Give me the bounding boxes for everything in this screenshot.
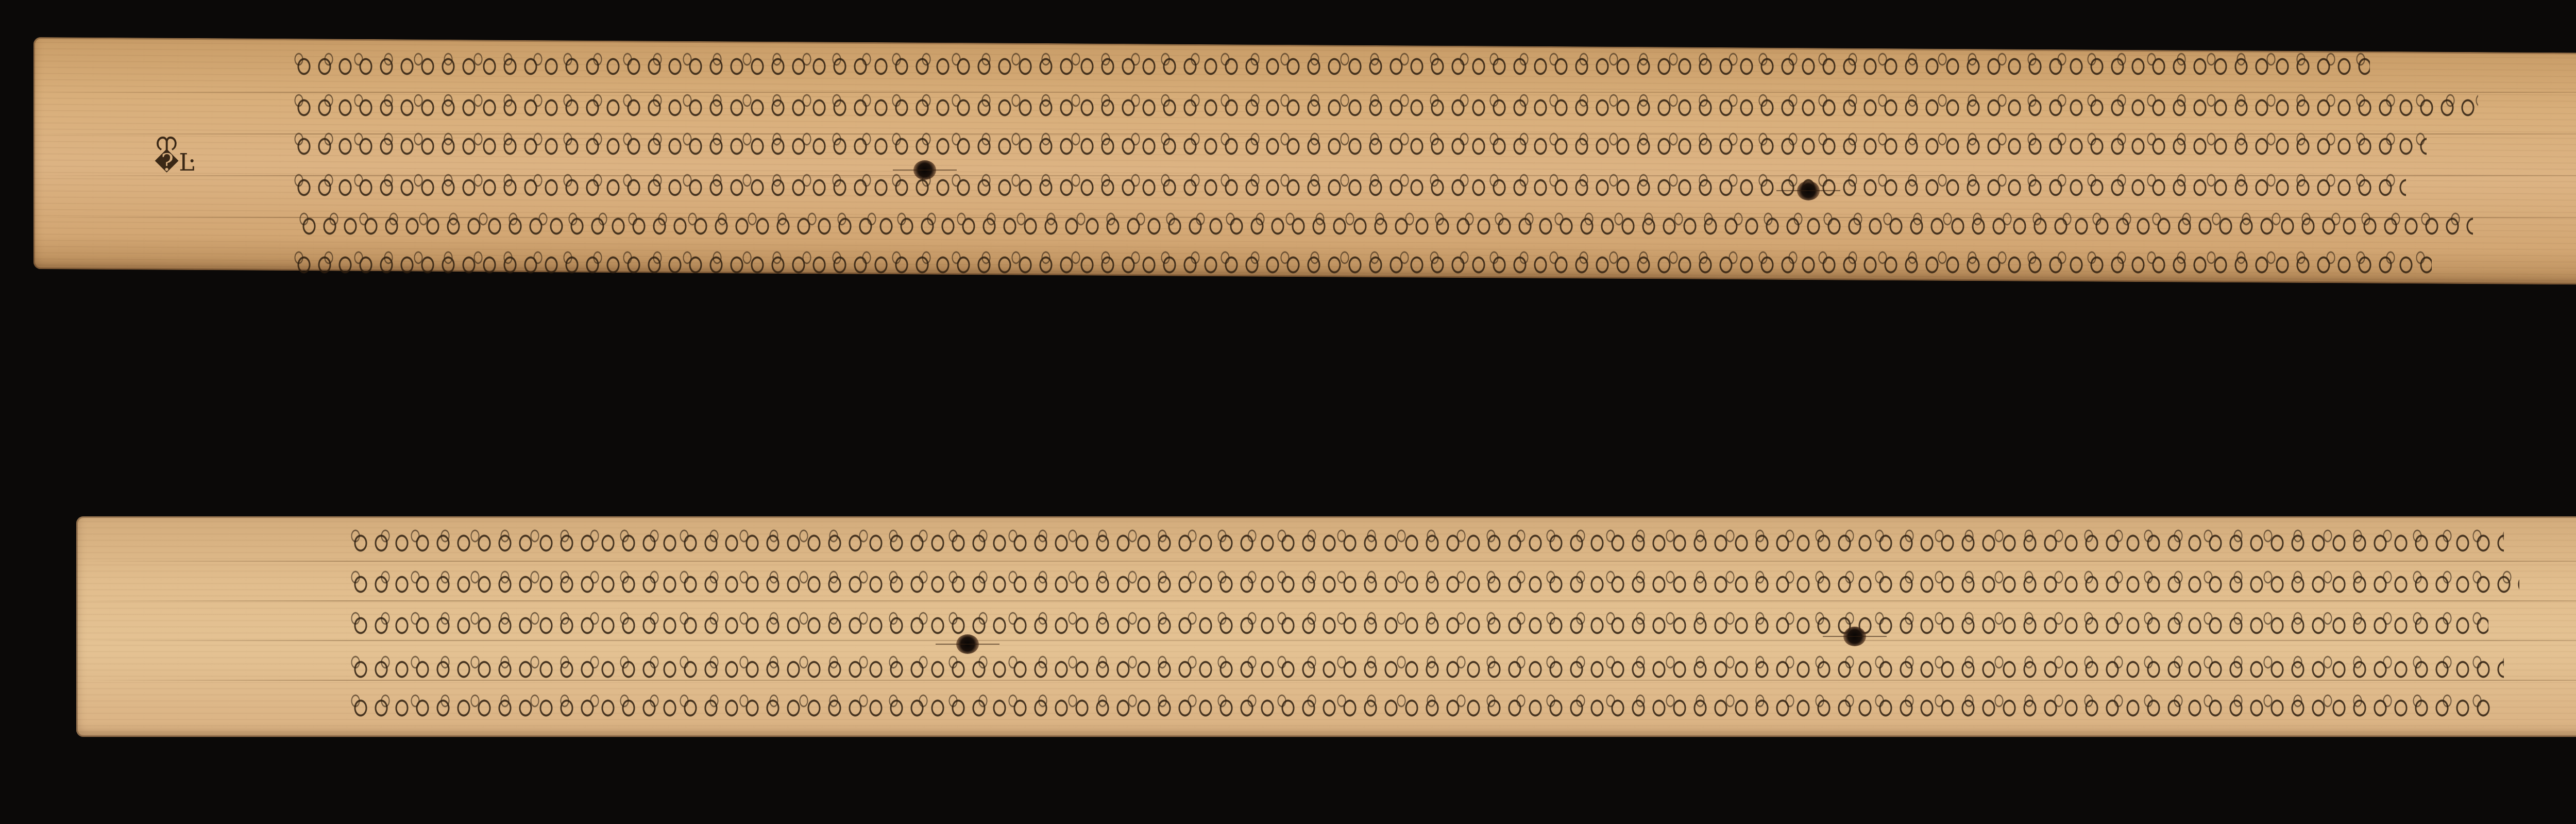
script-glyphs bbox=[350, 652, 2504, 685]
manuscript-text-line: line 3 — segmented around holes bbox=[350, 608, 2488, 641]
script-glyphs bbox=[294, 129, 2427, 162]
ruling-line bbox=[76, 600, 2576, 601]
string-hole bbox=[1843, 627, 1866, 646]
manuscript-text-line: line 2 — three segments bbox=[294, 90, 2478, 123]
manuscript-text-line: line 4 — segmented around holes bbox=[350, 652, 2504, 685]
manuscript-text-line: line 6 — full width to right end bbox=[294, 247, 2432, 280]
script-glyphs bbox=[350, 608, 2488, 641]
script-glyphs bbox=[350, 567, 2519, 600]
manuscript-text-line: line 2 — segmented around holes bbox=[350, 567, 2519, 600]
manuscript-text-line: line 1 — full width bbox=[350, 526, 2504, 559]
manuscript-text-line: line 1 — full width, runs from left marg… bbox=[294, 49, 2370, 82]
string-hole bbox=[956, 634, 979, 654]
script-glyphs bbox=[299, 209, 2473, 242]
manuscript-text-line: line 4 — segmented around holes bbox=[294, 170, 2406, 203]
manuscript-text-line: line 3 — segmented around holes bbox=[294, 129, 2427, 162]
manuscript-text-line: line 5 — segmented around holes bbox=[299, 209, 2473, 242]
string-hole bbox=[1797, 181, 1820, 200]
script-glyphs bbox=[294, 49, 2370, 82]
script-glyphs bbox=[350, 691, 2494, 724]
string-hole bbox=[913, 160, 936, 180]
manuscript-text-line: line 5 — full width to right end bbox=[350, 691, 2494, 724]
ruling-line bbox=[76, 561, 2576, 562]
script-glyphs bbox=[294, 247, 2432, 280]
script-glyphs bbox=[294, 170, 2406, 203]
folio-mark: ന �Ŀ bbox=[155, 131, 195, 173]
script-glyphs bbox=[350, 526, 2504, 559]
script-glyphs bbox=[294, 90, 2478, 123]
